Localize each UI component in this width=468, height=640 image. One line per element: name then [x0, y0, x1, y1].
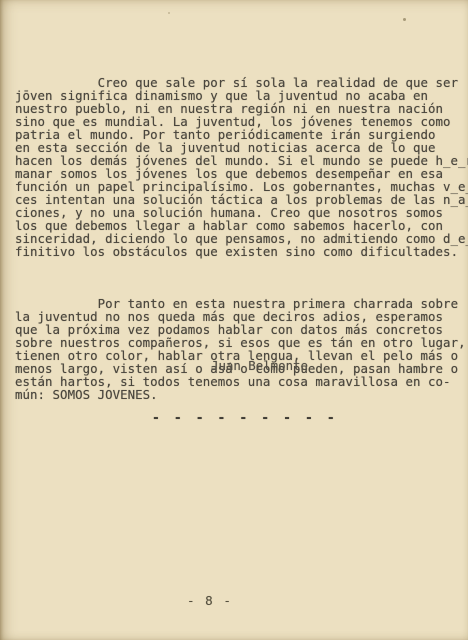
signature-author: Juan Belmonte — [211, 359, 308, 372]
paragraph-2: Por tanto en esta nuestra primera charra… — [15, 297, 463, 401]
page-number: - 8 - — [187, 593, 232, 608]
scanned-document-page: Creo que sale por sí sola la realidad de… — [0, 0, 468, 640]
paper-speck — [403, 18, 406, 21]
paragraph-1: Creo que sale por sí sola la realidad de… — [15, 76, 463, 258]
dashed-separator: - - - - - - - - - — [152, 411, 338, 426]
paper-speck — [168, 12, 170, 14]
